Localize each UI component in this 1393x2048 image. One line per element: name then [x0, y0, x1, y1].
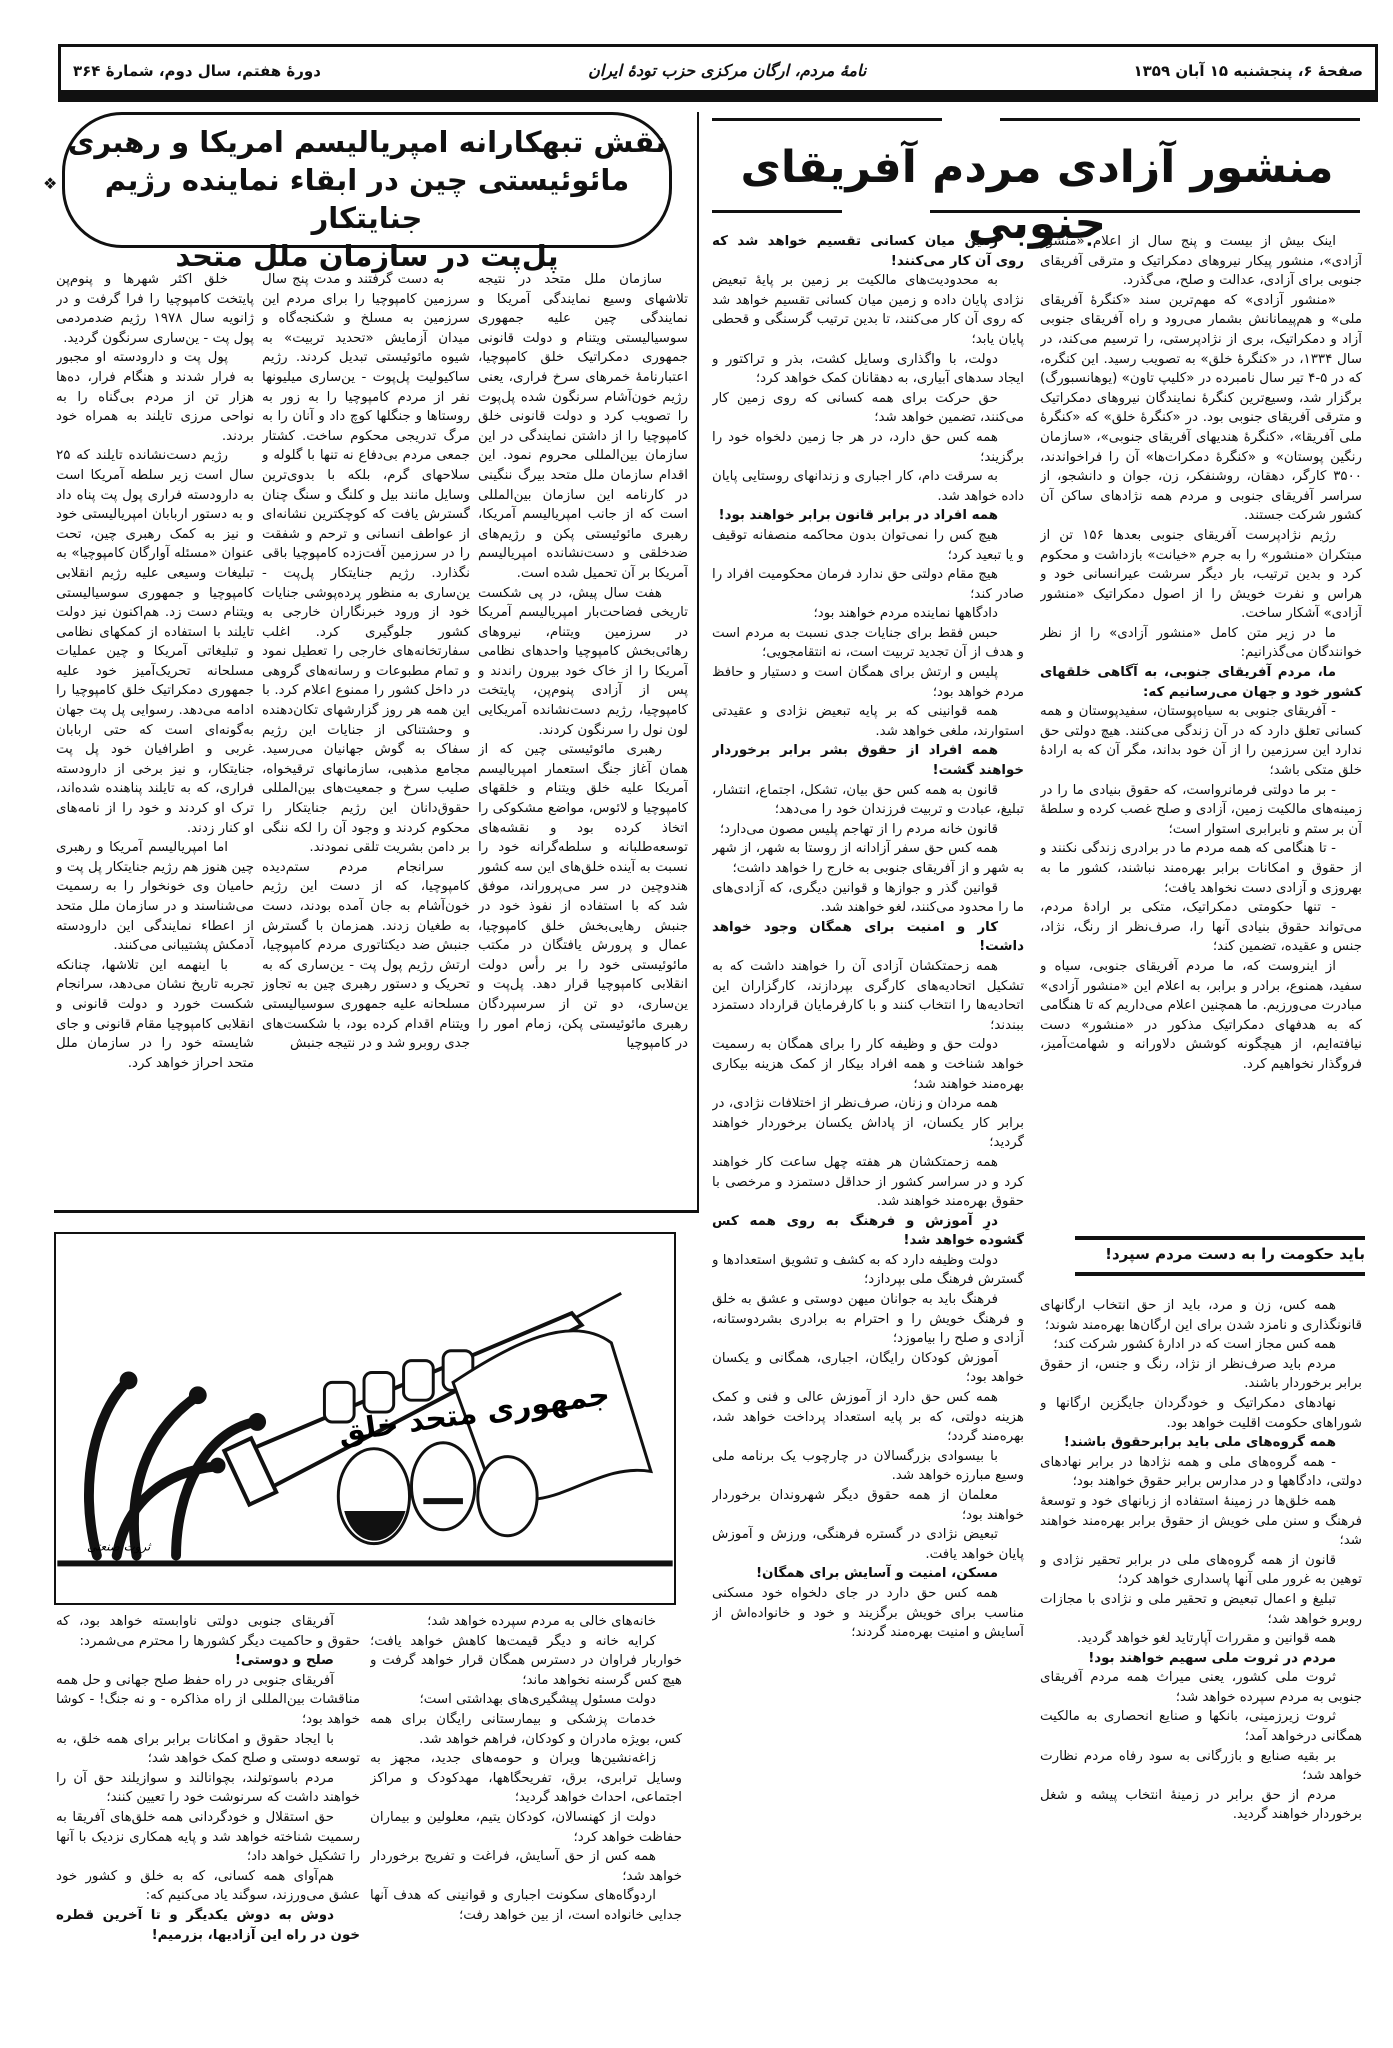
- ornament-icon: ❖: [43, 165, 57, 203]
- paragraph: خدمات پزشکی و بیمارستانی رایگان برای همه…: [370, 1710, 682, 1749]
- freedom-charter-column-4: آفریقای جنوبی دولتی ناوابسته خواهد بود، …: [56, 1612, 360, 2012]
- paragraph: پول پت و دارودسته او مجبور به فرار شدند …: [56, 348, 254, 446]
- paragraph: زاغه‌نشین‌ها ویران و حومه‌های جدید، مجهز…: [370, 1749, 682, 1808]
- freedom-charter-column-1: اینک بیش از بیست و پنج سال از اعلام «منش…: [1040, 232, 1362, 1232]
- paragraph: هیچ کس را نمی‌توان بدون محاکمه منصفانه ت…: [712, 526, 1024, 565]
- paragraph: به سرقت دام، کار اجباری و زندانهای روستا…: [712, 467, 1024, 506]
- subhead-rule-bottom: [1075, 1272, 1365, 1276]
- paragraph: قوانین گذر و جوازها و قوانین دیگری، که آ…: [712, 879, 1024, 918]
- paragraph: رهبری مائوئیستی چین که از همان آغاز جنگ …: [478, 740, 688, 1054]
- page-date: صفحهٔ ۶، پنجشنبه ۱۵ آبان ۱۳۵۹: [1134, 62, 1364, 80]
- paragraph: همه کس حق سفر آزادانه از روستا به شهر، ا…: [712, 839, 1024, 878]
- paragraph: ثروت زیرزمینی، بانکها و صنایع انحصاری به…: [1040, 1707, 1362, 1746]
- paragraph: هفت سال پیش، در پی شکست تاریخی فضاحت‌بار…: [478, 584, 688, 741]
- paragraph: مردم در ثروت ملی سهیم خواهند بود!: [1040, 1649, 1362, 1669]
- paragraph: درِ آموزش و فرهنگ به روی همه کس گشوده خو…: [712, 1212, 1024, 1251]
- paragraph: - همه گروه‌های ملی و همه نژادها در برابر…: [1040, 1453, 1362, 1492]
- paragraph: همه کس حق دارد از آموزش عالی و فنی و کمک…: [712, 1388, 1024, 1447]
- paragraph: خانه‌های خالی به مردم سپرده خواهد شد؛: [370, 1612, 682, 1632]
- paragraph: به دست گرفتند و مدت پنج سال سرزمین کامپو…: [262, 270, 470, 858]
- paragraph: خلق اکثر شهرها و پنوم‌پن پایتخت کامپوچیا…: [56, 270, 254, 348]
- paragraph: کرایه خانه و دیگر قیمت‌ها کاهش خواهد یاف…: [370, 1632, 682, 1691]
- paragraph: زمین میان کسانی تقسیم خواهد شد که روی آن…: [712, 232, 1024, 271]
- subhead-rule-top: [1075, 1236, 1365, 1240]
- paragraph: همه قوانین و مقررات آپارتاید لغو خواهد گ…: [1040, 1629, 1362, 1649]
- paragraph: همه زحمتکشان آزادی آن را خواهند داشت که …: [712, 957, 1024, 1035]
- headline-rule-top-left: [712, 118, 942, 121]
- paragraph: با ایجاد حقوق و امکانات برابر برای همه خ…: [56, 1730, 360, 1769]
- paragraph: از اینروست که، ما مردم آفریقای جنوبی، سی…: [1040, 957, 1362, 1075]
- paragraph: سرانجام مردم ستم‌دیده کامپوچیا، که از دس…: [262, 858, 470, 1054]
- paragraph: - تنها حکومتی دمکراتیک، متکی بر ارادهٔ م…: [1040, 898, 1362, 957]
- paragraph: همه کس حق دارد در جای دلخواه خود مسکنی م…: [712, 1584, 1024, 1643]
- paragraph: حق حرکت برای همه کسانی که روی زمین کار م…: [712, 389, 1024, 428]
- masthead: صفحهٔ ۶، پنجشنبه ۱۵ آبان ۱۳۵۹ نامهٔ مردم…: [58, 44, 1378, 94]
- cartoon-illustration: جمهوری متحد خلق ثروت صنعتی: [54, 1232, 676, 1605]
- paragraph: دولت وظیفه دارد که به کشف و تشویق استعدا…: [712, 1251, 1024, 1290]
- paragraph: - آفریقای جنوبی به سیاه‌پوستان، سفیدپوست…: [1040, 702, 1362, 780]
- headline-rule-bottom: [930, 210, 1360, 213]
- paragraph: کار و امنیت برای همگان وجود خواهد داشت!: [712, 918, 1024, 957]
- paragraph: همه کس مجاز است که در ادارهٔ کشور شرکت ک…: [1040, 1335, 1362, 1355]
- paragraph: رژیم نژادپرست آفریقای جنوبی بعدها ۱۵۶ تن…: [1040, 526, 1362, 624]
- paragraph: دوش به دوش یکدیگر و تا آخرین قطره خون در…: [56, 1906, 360, 1945]
- paragraph: هیچ مقام دولتی حق ندارد فرمان محکومیت اف…: [712, 565, 1024, 604]
- headline-rule-bottom-left: [712, 210, 842, 213]
- headline-rule-top: [1000, 118, 1360, 121]
- paragraph: همه قوانینی که بر پایه تبعیض نژادی و عقی…: [712, 702, 1024, 741]
- paragraph: اینک بیش از بیست و پنج سال از اعلام «منش…: [1040, 232, 1362, 291]
- paragraph: دولت، با واگذاری وسایل کشت، بذر و تراکتو…: [712, 350, 1024, 389]
- paragraph: حق استقلال و خودگردانی همه خلق‌های آفریق…: [56, 1808, 360, 1867]
- paragraph: همه خلق‌ها در زمینهٔ استفاده از زبانهای …: [1040, 1492, 1362, 1551]
- paragraph: ما در زیر متن کامل «منشور آزادی» را از ن…: [1040, 624, 1362, 663]
- freedom-charter-column-3: خانه‌های خالی به مردم سپرده خواهد شد؛ کر…: [370, 1612, 682, 2012]
- newspaper-page: صفحهٔ ۶، پنجشنبه ۱۵ آبان ۱۳۵۹ نامهٔ مردم…: [0, 0, 1393, 2048]
- paragraph: سازمان ملل متحد در نتیجه تلاشهای وسیع نم…: [478, 270, 688, 584]
- paragraph: پلیس و ارتش برای همگان است و دستیار و حا…: [712, 663, 1024, 702]
- paragraph: همه گروه‌های ملی باید برابرحقوق باشند!: [1040, 1433, 1362, 1453]
- paragraph: همه افراد از حقوق بشر برابر برخوردار خوا…: [712, 741, 1024, 780]
- paragraph: دولت مسئول پیشگیری‌های بهداشتی است؛: [370, 1690, 682, 1710]
- paragraph: بر بقیه صنایع و بازرگانی به سود رفاه مرد…: [1040, 1747, 1362, 1786]
- paragraph: اما امپریالیسم آمریکا و رهبری چین هنوز ه…: [56, 838, 254, 956]
- paper-name: نامهٔ مردم، ارگان مرکزی حزب تودهٔ ایران: [588, 61, 866, 80]
- paragraph: قانون خانه مردم را از تهاجم پلیس مصون می…: [712, 820, 1024, 840]
- freedom-charter-column-1b: همه کس، زن و مرد، باید از حق انتخاب ارگا…: [1040, 1296, 1362, 1996]
- paragraph: آموزش کودکان رایگان، اجباری، همگانی و یک…: [712, 1349, 1024, 1388]
- paragraph: «منشور آزادی» که مهم‌ترین سند «کنگرهٔ آف…: [1040, 291, 1362, 526]
- masthead-rule: [58, 90, 1378, 102]
- paragraph: قانون از همه گروه‌های ملی در برابر تحقیر…: [1040, 1551, 1362, 1590]
- paragraph: همه کس، زن و مرد، باید از حق انتخاب ارگا…: [1040, 1296, 1362, 1335]
- paragraph: رژیم دست‌نشانده تایلند که ۲۵ سال است زیر…: [56, 446, 254, 838]
- issue-number: دورهٔ هفتم، سال دوم، شمارهٔ ۳۶۴: [73, 62, 321, 80]
- paragraph: همه کس از حق آسایش، فراغت و تفریح برخورد…: [370, 1847, 682, 1886]
- paragraph: مسکن، امنیت و آسایش برای همگان!: [712, 1564, 1024, 1584]
- headline-line-1: نقش تبهکارانه امپریالیسم امریکا و رهبری: [65, 123, 669, 161]
- paragraph: دولت از کهنسالان، کودکان یتیم، معلولین و…: [370, 1808, 682, 1847]
- paragraph: آفریقای جنوبی دولتی ناوابسته خواهد بود، …: [56, 1612, 360, 1651]
- paragraph: صلح و دوستی!: [56, 1651, 360, 1671]
- headline-line-2: مائوئیستی چین در ابقاء نماینده رژیم جنای…: [65, 161, 669, 237]
- paragraph: مردم از حق برابر در زمینهٔ انتخاب پیشه و…: [1040, 1786, 1362, 1825]
- freedom-charter-column-2: زمین میان کسانی تقسیم خواهد شد که روی آن…: [712, 232, 1024, 2002]
- paragraph: با بیسوادی بزرگسالان در چارچوب یک برنامه…: [712, 1447, 1024, 1486]
- kampuchea-column-2: به دست گرفتند و مدت پنج سال سرزمین کامپو…: [262, 270, 470, 1200]
- paragraph: آفریقای جنوبی در راه حفظ صلح جهانی و حل …: [56, 1671, 360, 1730]
- paragraph: قانون به همه کس حق بیان، تشکل، اجتماع، ا…: [712, 781, 1024, 820]
- paragraph: به محدودیت‌های مالکیت بر زمین بر پایهٔ ت…: [712, 271, 1024, 349]
- paragraph: - بر ما دولتی فرمانرواست، که حقوق بنیادی…: [1040, 781, 1362, 840]
- article-bottom-rule: [54, 1210, 699, 1213]
- paragraph: همه افراد در برابر قانون برابر خواهند بو…: [712, 506, 1024, 526]
- cartoon-drawing: جمهوری متحد خلق ثروت صنعتی: [56, 1234, 674, 1603]
- paragraph: فرهنگ باید به جوانان میهن دوستی و عشق به…: [712, 1290, 1024, 1349]
- kampuchea-column-1: سازمان ملل متحد در نتیجه تلاشهای وسیع نم…: [478, 270, 688, 1200]
- paragraph: با اینهمه این تلاشها، چنانکه تجربه تاریخ…: [56, 956, 254, 1074]
- headline-kampuchea: ❖ نقش تبهکارانه امپریالیسم امریکا و رهبر…: [62, 112, 672, 248]
- paragraph: حبس فقط برای جنایات جدی نسبت به مردم است…: [712, 624, 1024, 663]
- paragraph: دادگاهها نماینده مردم خواهند بود؛: [712, 604, 1024, 624]
- paragraph: معلمان از همه حقوق دیگر شهروندان برخوردا…: [712, 1486, 1024, 1525]
- paragraph: مردم باید صرف‌نظر از نژاد، رنگ و جنس، از…: [1040, 1355, 1362, 1394]
- cartoonist-signature: ثروت صنعتی: [87, 1540, 152, 1554]
- paragraph: - تا هنگامی که همه مردم ما در برادری زند…: [1040, 839, 1362, 898]
- paragraph: همه زحمتکشان هر هفته چهل ساعت کار خواهند…: [712, 1153, 1024, 1212]
- paragraph: دولت حق و وظیفه کار را برای همگان به رسم…: [712, 1035, 1024, 1094]
- paragraph: نهادهای دمکراتیک و خودگردان جایگزین ارگا…: [1040, 1394, 1362, 1433]
- paragraph: مردم باسوتولند، بچوانالند و سوازیلند حق …: [56, 1769, 360, 1808]
- paragraph: همه مردان و زنان، صرف‌نظر از اختلافات نژ…: [712, 1094, 1024, 1153]
- paragraph: تبعیض نژادی در گستره فرهنگی، ورزش و آموز…: [712, 1525, 1024, 1564]
- article-divider: [697, 112, 699, 1212]
- paragraph: تبلیغ و اعمال تبعیض و تحقیر ملی و نژادی …: [1040, 1590, 1362, 1629]
- paragraph: هم‌آوای همه کسانی، که به خلق و کشور خود …: [56, 1867, 360, 1906]
- kampuchea-column-3: خلق اکثر شهرها و پنوم‌پن پایتخت کامپوچیا…: [56, 270, 254, 1200]
- paragraph: ثروت ملی کشور، یعنی میراث همه مردم آفریق…: [1040, 1668, 1362, 1707]
- paragraph: همه کس حق دارد، در هر جا زمین دلخواه خود…: [712, 428, 1024, 467]
- subheading: باید حکومت را به دست مردم سپرد!: [1075, 1245, 1365, 1263]
- paragraph: اردوگاه‌های سکونت اجباری و قوانینی که هد…: [370, 1886, 682, 1925]
- paragraph: ما، مردم آفریقای جنوبی، به آگاهی خلقهای …: [1040, 663, 1362, 702]
